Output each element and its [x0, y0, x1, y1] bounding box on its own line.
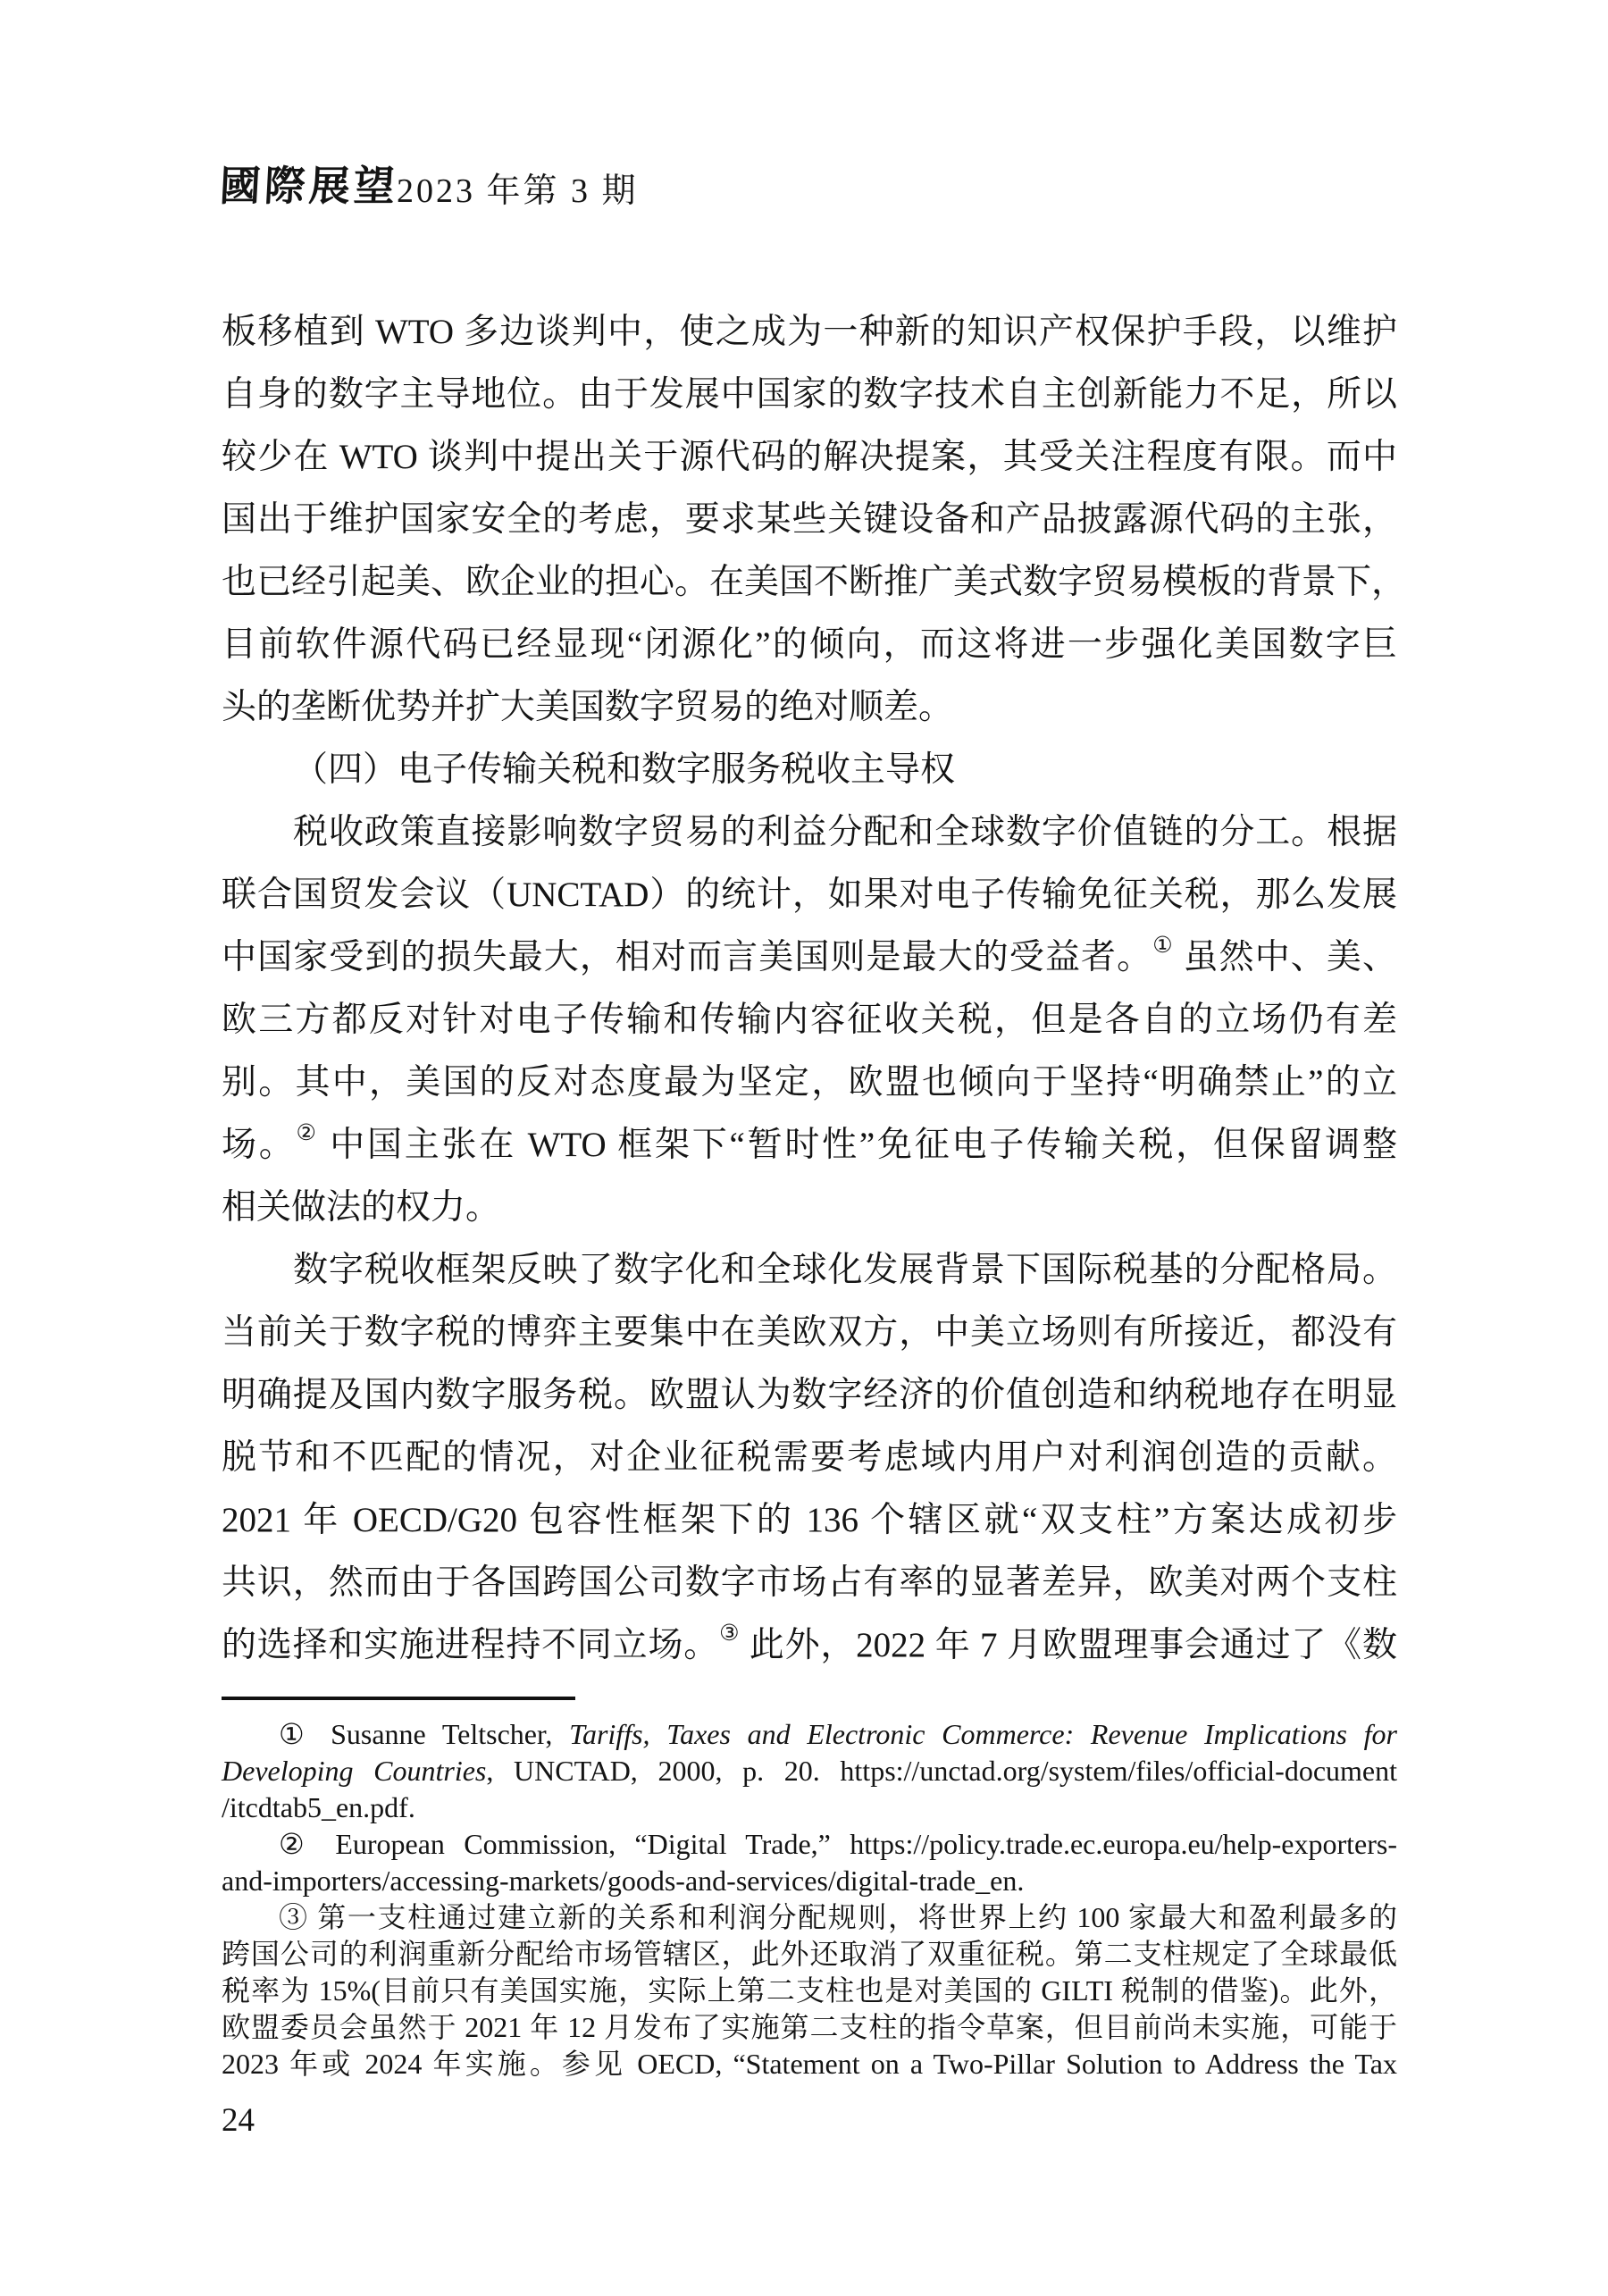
- journal-logo: 國際展望: [218, 154, 399, 213]
- text-segment: 也已经引起美、欧企业的担心。在美国不断推广美式数字贸易模板的背景下，: [222, 563, 1406, 601]
- footnote-marker: ①: [1152, 934, 1174, 958]
- footnote-marker: ③: [719, 1621, 740, 1646]
- footnote-line: 税率为 15%(目前只有美国实施，实际上第二支柱也是对美国的 GILTI 税制的…: [222, 1973, 1397, 2009]
- body-line: 场。② 中国主张在 WTO 框架下“暂时性”免征电子传输关税，但保留调整: [222, 1114, 1397, 1177]
- text-segment: 目前软件源代码已经显现“闭源化”的倾向，而这将进一步强化美国数字巨: [222, 625, 1397, 664]
- text-segment: and-importers/accessing-markets/goods-an…: [222, 1864, 1024, 1897]
- footnote-line: ③ 第一支柱通过建立新的关系和利润分配规则，将世界上约 100 家最大和盈利最多…: [222, 1899, 1397, 1936]
- body-line: 脱节和不匹配的情况，对企业征税需要考虑域内用户对利润创造的贡献。: [222, 1427, 1397, 1489]
- text-segment: 跨国公司的利润重新分配给市场管辖区，此外还取消了双重征税。第二支柱规定了全球最低: [222, 1938, 1397, 1970]
- footnote-separator: [222, 1697, 575, 1700]
- body-line: 板移植到 WTO 多边谈判中，使之成为一种新的知识产权保护手段，以维护: [222, 301, 1397, 364]
- text-segment: 国出于维护国家安全的考虑，要求某些关键设备和产品披露源代码的主张，: [222, 500, 1397, 539]
- footnote-line: ① Susanne Teltscher, Tariffs, Taxes and …: [222, 1716, 1397, 1753]
- body-line: 共识，然而由于各国跨国公司数字市场占有率的显著差异，欧美对两个支柱: [222, 1552, 1397, 1614]
- footnotes: ① Susanne Teltscher, Tariffs, Taxes and …: [222, 1716, 1397, 2082]
- text-segment: 2023 年或 2024 年实施。参见 OECD, “Statement on …: [222, 2048, 1397, 2080]
- text-segment: 脱节和不匹配的情况，对企业征税需要考虑域内用户对利润创造的贡献。: [222, 1438, 1397, 1477]
- text-segment: 税率为 15%(目前只有美国实施，实际上第二支柱也是对美国的 GILTI 税制的…: [222, 1974, 1397, 2007]
- text-segment: 中国家受到的损失最大，相对而言美国则是最大的受益者。: [222, 938, 1152, 976]
- text-segment: 欧盟委员会虽然于 2021 年 12 月发布了实施第二支柱的指令草案，但目前尚未…: [222, 2011, 1397, 2043]
- body-line: 相关做法的权力。: [222, 1177, 1397, 1239]
- body-line: 明确提及国内数字服务税。欧盟认为数字经济的价值创造和纳税地存在明显: [222, 1364, 1397, 1427]
- text-segment: 别。其中，美国的反对态度最为坚定，欧盟也倾向于坚持“明确禁止”的立: [222, 1063, 1397, 1102]
- text-segment: Tariffs, Taxes and Electronic Commerce: …: [569, 1718, 1397, 1750]
- text-segment: ② European Commission, “Digital Trade,” …: [279, 1828, 1397, 1860]
- body-line: 2021 年 OECD/G20 包容性框架下的 136 个辖区就“双支柱”方案达…: [222, 1489, 1397, 1552]
- body-line: 也已经引起美、欧企业的担心。在美国不断推广美式数字贸易模板的背景下，: [222, 551, 1397, 614]
- text-segment: 此外，2022 年 7 月欧盟理事会通过了《数: [740, 1626, 1397, 1664]
- page-number: 24: [222, 2101, 255, 2140]
- body-line: 目前软件源代码已经显现“闭源化”的倾向，而这将进一步强化美国数字巨: [222, 614, 1397, 676]
- body-line: 税收政策直接影响数字贸易的利益分配和全球数字价值链的分工。根据: [222, 801, 1397, 864]
- body-line: 自身的数字主导地位。由于发展中国家的数字技术自主创新能力不足，所以: [222, 364, 1397, 426]
- text-segment: 当前关于数字税的博弈主要集中在美欧双方，中美立场则有所接近，都没有: [222, 1313, 1397, 1352]
- text-segment: 自身的数字主导地位。由于发展中国家的数字技术自主创新能力不足，所以: [222, 375, 1397, 414]
- text-segment: Developing Countries: [222, 1755, 486, 1787]
- body-line: 的选择和实施进程持不同立场。③ 此外，2022 年 7 月欧盟理事会通过了《数: [222, 1614, 1397, 1677]
- footnote-line: 2023 年或 2024 年实施。参见 OECD, “Statement on …: [222, 2046, 1397, 2082]
- body-line: （四）电子传输关税和数字服务税收主导权: [222, 739, 1397, 801]
- body-line: 别。其中，美国的反对态度最为坚定，欧盟也倾向于坚持“明确禁止”的立: [222, 1052, 1397, 1114]
- footnote-marker: ②: [297, 1121, 319, 1145]
- text-segment: 头的垄断优势并扩大美国数字贸易的绝对顺差。: [222, 688, 953, 726]
- text-segment: 相关做法的权力。: [222, 1188, 500, 1227]
- text-segment: 数字税收框架反映了数字化和全球化发展背景下国际税基的分配格局。: [293, 1251, 1397, 1289]
- text-segment: 场。: [222, 1126, 297, 1164]
- text-segment: 2021 年 OECD/G20 包容性框架下的 136 个辖区就“双支柱”方案达…: [222, 1501, 1397, 1539]
- text-segment: 较少在 WTO 谈判中提出关于源代码的解决提案，其受关注程度有限。而中: [222, 438, 1397, 476]
- text-segment: 共识，然而由于各国跨国公司数字市场占有率的显著差异，欧美对两个支柱: [222, 1563, 1397, 1602]
- text-segment: （四）电子传输关税和数字服务税收主导权: [293, 750, 955, 789]
- issue-label: 2023 年第 3 期: [397, 163, 639, 212]
- body-line: 数字税收框架反映了数字化和全球化发展背景下国际税基的分配格局。: [222, 1239, 1397, 1302]
- text-segment: 联合国贸发会议（UNCTAD）的统计，如果对电子传输免征关税，那么发展: [222, 876, 1397, 914]
- text-segment: 中国主张在 WTO 框架下“暂时性”免征电子传输关税，但保留调整: [319, 1126, 1397, 1164]
- text-segment: 的选择和实施进程持不同立场。: [222, 1626, 719, 1664]
- text-segment: 欧三方都反对针对电子传输和传输内容征收关税，但是各自的立场仍有差: [222, 1001, 1397, 1039]
- body-line: 较少在 WTO 谈判中提出关于源代码的解决提案，其受关注程度有限。而中: [222, 426, 1397, 489]
- footnote-line: 欧盟委员会虽然于 2021 年 12 月发布了实施第二支柱的指令草案，但目前尚未…: [222, 2009, 1397, 2046]
- text-segment: ① Susanne Teltscher,: [279, 1718, 569, 1750]
- text-segment: ③ 第一支柱通过建立新的关系和利润分配规则，将世界上约 100 家最大和盈利最多…: [279, 1901, 1397, 1933]
- body-line: 联合国贸发会议（UNCTAD）的统计，如果对电子传输免征关税，那么发展: [222, 864, 1397, 926]
- text-segment: 虽然中、美、: [1174, 938, 1397, 976]
- footnote-line: Developing Countries, UNCTAD, 2000, p. 2…: [222, 1753, 1397, 1789]
- body-line: 欧三方都反对针对电子传输和传输内容征收关税，但是各自的立场仍有差: [222, 989, 1397, 1052]
- body-line: 国出于维护国家安全的考虑，要求某些关键设备和产品披露源代码的主张，: [222, 489, 1397, 551]
- text-segment: , UNCTAD, 2000, p. 20. https://unctad.or…: [486, 1755, 1397, 1787]
- footnote-line: /itcdtab5_en.pdf.: [222, 1789, 1397, 1826]
- body-line: 当前关于数字税的博弈主要集中在美欧双方，中美立场则有所接近，都没有: [222, 1302, 1397, 1364]
- footnote-line: 跨国公司的利润重新分配给市场管辖区，此外还取消了双重征税。第二支柱规定了全球最低: [222, 1936, 1397, 1973]
- text-segment: 板移植到 WTO 多边谈判中，使之成为一种新的知识产权保护手段，以维护: [222, 313, 1397, 351]
- document-page: 國際展望 2023 年第 3 期 板移植到 WTO 多边谈判中，使之成为一种新的…: [0, 0, 1608, 2296]
- footnote-line: ② European Commission, “Digital Trade,” …: [222, 1826, 1397, 1863]
- body-line: 中国家受到的损失最大，相对而言美国则是最大的受益者。① 虽然中、美、: [222, 926, 1397, 989]
- text-segment: 明确提及国内数字服务税。欧盟认为数字经济的价值创造和纳税地存在明显: [222, 1376, 1397, 1414]
- text-segment: 税收政策直接影响数字贸易的利益分配和全球数字价值链的分工。根据: [293, 813, 1397, 851]
- footnote-line: and-importers/accessing-markets/goods-an…: [222, 1863, 1397, 1899]
- body-line: 头的垄断优势并扩大美国数字贸易的绝对顺差。: [222, 676, 1397, 739]
- body-text: 板移植到 WTO 多边谈判中，使之成为一种新的知识产权保护手段，以维护自身的数字…: [222, 301, 1397, 1677]
- text-segment: /itcdtab5_en.pdf.: [222, 1791, 415, 1823]
